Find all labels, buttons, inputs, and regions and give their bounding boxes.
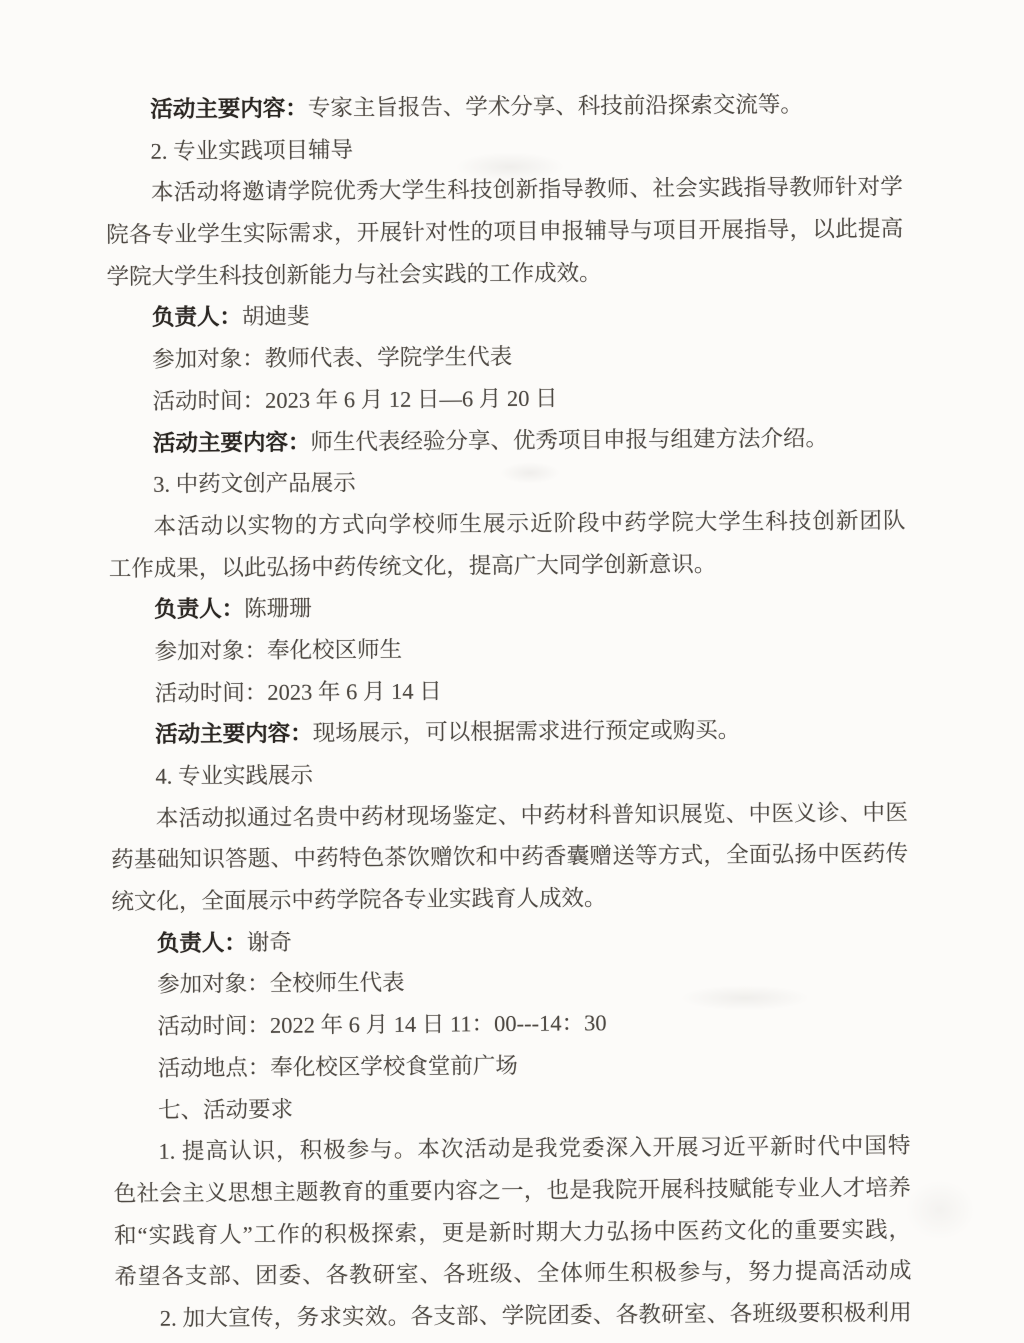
line-text: 现场展示，可以根据需求进行预定或购买。 <box>313 717 741 745</box>
line-text: 活动时间：2022 年 6 月 14 日 11：00---14：30 <box>157 1010 606 1039</box>
line-text: 陈珊珊 <box>244 596 312 622</box>
doc-line: 希望各支部、团委、各教研室、各班级、全体师生积极参与，努力提高活动成效； <box>114 1250 911 1298</box>
item-heading-line-3: 3. 中药文创产品展示 <box>108 458 905 506</box>
document-page: 活动主要内容：专家主旨报告、学术分享、科技前沿探索交流等。 2. 专业实践项目辅… <box>0 0 1024 1343</box>
line-text: 胡迪斐 <box>242 304 310 330</box>
doc-line: 1. 提高认识，积极参与。本次活动是我党委深入开展习近平新时代中国特 <box>113 1125 910 1173</box>
line-text: 谢奇 <box>247 929 292 954</box>
line-text: 色社会主义思想主题教育的重要内容之一，也是我院开展科技赋能专业人才培养 <box>114 1175 911 1206</box>
doc-line-time-2: 活动时间：2023 年 6 月 14 日 <box>110 666 907 714</box>
section-heading-line: 七、活动要求 <box>113 1083 910 1131</box>
doc-line-participants-1: 参加对象：教师代表、学院学生代表 <box>107 333 904 381</box>
doc-line-leader-2: 负责人：陈珊珊 <box>109 583 906 631</box>
line-text: 4. 专业实践展示 <box>155 763 313 789</box>
line-label: 负责人： <box>154 596 244 622</box>
line-text: 和“实践育人”工作的积极探索，更是新时期大力弘扬中医药文化的重要实践， <box>114 1216 911 1247</box>
doc-line-activity-content-2: 活动主要内容：师生代表经验分享、优秀项目申报与组建方法介绍。 <box>108 416 905 464</box>
line-text: 师生代表经验分享、优秀项目申报与组建方法介绍。 <box>310 425 828 454</box>
line-text: 工作成果，以此弘扬中药传统文化，提高广大同学创新意识。 <box>109 551 717 581</box>
doc-line: 本活动以实物的方式向学校师生展示近阶段中药学院大学生科技创新团队 <box>108 500 905 548</box>
line-text: 1. 提高认识，积极参与。本次活动是我党委深入开展习近平新时代中国特 <box>158 1133 910 1164</box>
line-label: 活动主要内容： <box>150 96 308 122</box>
doc-line: 院各专业学生实际需求，开展针对性的项目申报辅导与项目开展指导，以此提高 <box>106 208 903 256</box>
line-text: 2. 专业实践项目辅导 <box>150 137 353 164</box>
line-text: 专家主旨报告、学术分享、科技前沿探索交流等。 <box>308 92 803 121</box>
line-label: 负责人： <box>157 930 247 956</box>
line-text: 参加对象：奉化校区师生 <box>154 637 402 664</box>
line-label: 负责人： <box>152 305 242 331</box>
line-text: 本活动将邀请学院优秀大学生科技创新指导教师、社会实践指导教师针对学 <box>151 174 903 205</box>
line-text: 活动地点：奉化校区学校食堂前广场 <box>158 1053 518 1081</box>
doc-line-leader-3: 负责人：谢奇 <box>112 917 909 965</box>
line-text: 活动时间：2023 年 6 月 14 日 <box>155 678 442 705</box>
line-text: 参加对象：教师代表、学院学生代表 <box>152 344 512 372</box>
line-text: 药基础知识答题、中药特色茶饮赠饮和中药香囊赠送等方式，全面弘扬中医药传 <box>111 841 908 872</box>
scan-smudge <box>905 1180 975 1240</box>
item-heading-line-2: 2. 专业实践项目辅导 <box>105 125 902 173</box>
doc-line-time-3: 活动时间：2022 年 6 月 14 日 11：00---14：30 <box>112 1000 909 1048</box>
doc-line: 学院大学生科技创新能力与社会实践的工作成效。 <box>106 250 903 298</box>
doc-line-activity-content-3: 活动主要内容：现场展示，可以根据需求进行预定或购买。 <box>110 708 907 756</box>
doc-line-activity-content-1: 活动主要内容：专家主旨报告、学术分享、科技前沿探索交流等。 <box>105 83 902 131</box>
line-text: 参加对象：全校师生代表 <box>157 970 405 997</box>
doc-line: 工作成果，以此弘扬中药传统文化，提高广大同学创新意识。 <box>109 541 906 589</box>
doc-line-leader-1: 负责人：胡迪斐 <box>107 291 904 339</box>
page-content: 活动主要内容：专家主旨报告、学术分享、科技前沿探索交流等。 2. 专业实践项目辅… <box>105 83 912 1340</box>
line-text: 学院大学生科技创新能力与社会实践的工作成效。 <box>106 260 601 289</box>
doc-line-time-1: 活动时间：2023 年 6 月 12 日—6 月 20 日 <box>107 375 904 423</box>
doc-line: 和“实践育人”工作的积极探索，更是新时期大力弘扬中医药文化的重要实践， <box>114 1208 911 1256</box>
doc-line: 本活动拟通过名贵中药材现场鉴定、中药材科普知识展览、中医义诊、中医 <box>111 792 908 840</box>
line-label: 活动主要内容： <box>155 721 313 747</box>
line-text: 2. 加大宣传，务求实效。各支部、学院团委、各教研室、各班级要积极利用 <box>160 1300 912 1331</box>
doc-line-participants-2: 参加对象：奉化校区师生 <box>109 625 906 673</box>
line-text: 本活动以实物的方式向学校师生展示近阶段中药学院大学生科技创新团队 <box>153 508 905 539</box>
doc-line: 药基础知识答题、中药特色茶饮赠饮和中药香囊赠送等方式，全面弘扬中医药传 <box>111 833 908 881</box>
line-text: 七、活动要求 <box>158 1096 293 1122</box>
doc-line-location: 活动地点：奉化校区学校食堂前广场 <box>113 1042 910 1090</box>
line-text: 统文化，全面展示中药学院各专业实践育人成效。 <box>111 885 606 914</box>
line-text: 院各专业学生实际需求，开展针对性的项目申报辅导与项目开展指导，以此提高 <box>106 216 903 247</box>
line-label: 活动主要内容： <box>153 429 311 455</box>
doc-line: 统文化，全面展示中药学院各专业实践育人成效。 <box>111 875 908 923</box>
line-text: 3. 中药文创产品展示 <box>153 470 356 497</box>
doc-line-participants-3: 参加对象：全校师生代表 <box>112 958 909 1006</box>
doc-line: 2. 加大宣传，务求实效。各支部、学院团委、各教研室、各班级要积极利用 <box>115 1292 912 1340</box>
doc-line: 本活动将邀请学院优秀大学生科技创新指导教师、社会实践指导教师针对学 <box>106 166 903 214</box>
doc-line: 色社会主义思想主题教育的重要内容之一，也是我院开展科技赋能专业人才培养 <box>114 1167 911 1215</box>
item-heading-line-4: 4. 专业实践展示 <box>110 750 907 798</box>
line-text: 本活动拟通过名贵中药材现场鉴定、中药材科普知识展览、中医义诊、中医 <box>156 800 908 831</box>
line-text: 活动时间：2023 年 6 月 12 日—6 月 20 日 <box>152 385 557 413</box>
